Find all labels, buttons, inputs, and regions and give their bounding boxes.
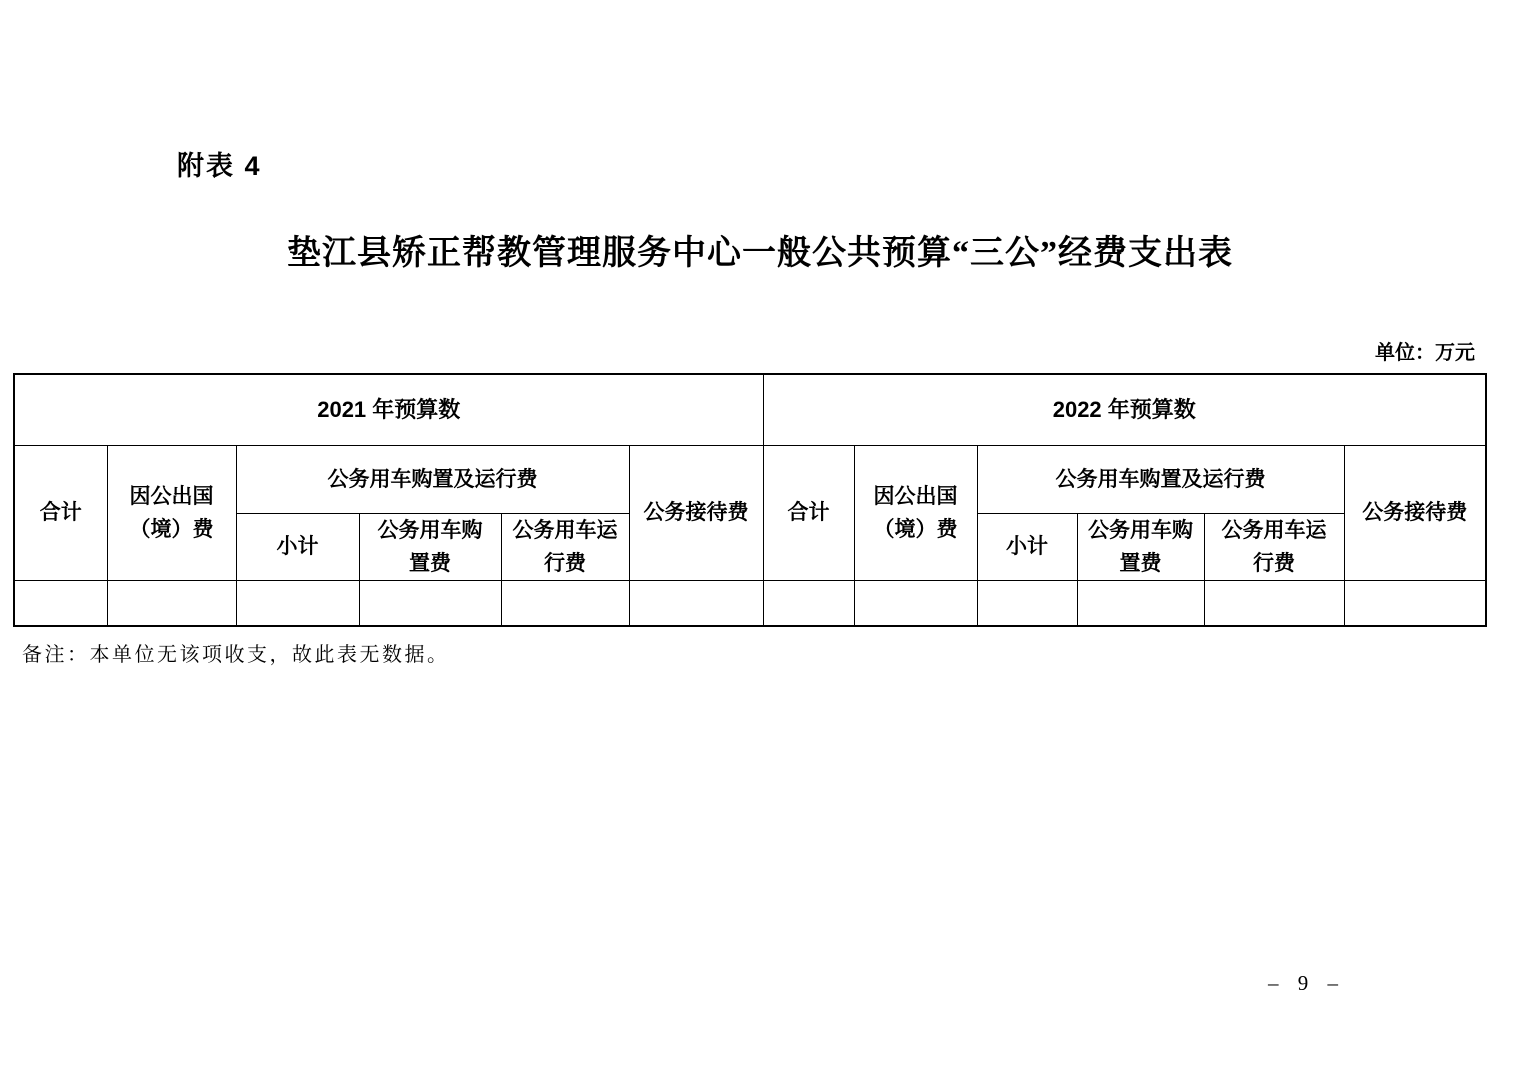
document-page: 附表 4 垫江县矫正帮教管理服务中心一般公共预算“三公”经费支出表 单位：万元 … <box>0 0 1520 1074</box>
data-cell-purchase-2021 <box>359 580 501 626</box>
header-reception-2021: 公务接待费 <box>629 445 763 580</box>
header-reception-2022: 公务接待费 <box>1344 445 1486 580</box>
header-total-2022: 合计 <box>763 445 854 580</box>
header-vehicle-group-2021: 公务用车购置及运行费 <box>236 445 629 513</box>
data-cell-operation-2021 <box>501 580 629 626</box>
data-cell-abroad-2021 <box>107 580 236 626</box>
budget-table: 2021 年预算数 2022 年预算数 合计 因公出国 （境）费 公务用车购置及… <box>13 373 1487 627</box>
data-cell-reception-2021 <box>629 580 763 626</box>
header-abroad-2022: 因公出国 （境）费 <box>854 445 977 580</box>
data-row <box>14 580 1486 626</box>
data-cell-purchase-2022 <box>1077 580 1204 626</box>
page-number: – 9 – <box>1268 971 1345 996</box>
header-operation-2021: 公务用车运 行费 <box>501 513 629 580</box>
header-purchase-2021: 公务用车购 置费 <box>359 513 501 580</box>
header-subtotal-2021: 小计 <box>236 513 359 580</box>
page-title: 垫江县矫正帮教管理服务中心一般公共预算“三公”经费支出表 <box>0 233 1520 275</box>
header-vehicle-group-2022: 公务用车购置及运行费 <box>977 445 1344 513</box>
column-group-header-row: 合计 因公出国 （境）费 公务用车购置及运行费 公务接待费 合计 因公出国 （境… <box>14 445 1486 513</box>
note-text: 备注：本单位无该项收支，故此表无数据。 <box>22 638 450 667</box>
year-header-row: 2021 年预算数 2022 年预算数 <box>14 374 1486 445</box>
data-cell-total-2021 <box>14 580 107 626</box>
attachment-label: 附表 4 <box>177 144 262 183</box>
unit-label: 单位：万元 <box>1375 336 1475 365</box>
year-header-2022: 2022 年预算数 <box>763 374 1486 445</box>
data-cell-subtotal-2021 <box>236 580 359 626</box>
data-cell-subtotal-2022 <box>977 580 1077 626</box>
data-cell-abroad-2022 <box>854 580 977 626</box>
header-operation-2022: 公务用车运 行费 <box>1204 513 1344 580</box>
header-subtotal-2022: 小计 <box>977 513 1077 580</box>
header-abroad-2021: 因公出国 （境）费 <box>107 445 236 580</box>
data-cell-operation-2022 <box>1204 580 1344 626</box>
header-purchase-2022: 公务用车购 置费 <box>1077 513 1204 580</box>
year-header-2021: 2021 年预算数 <box>14 374 763 445</box>
header-total-2021: 合计 <box>14 445 107 580</box>
data-cell-total-2022 <box>763 580 854 626</box>
data-cell-reception-2022 <box>1344 580 1486 626</box>
